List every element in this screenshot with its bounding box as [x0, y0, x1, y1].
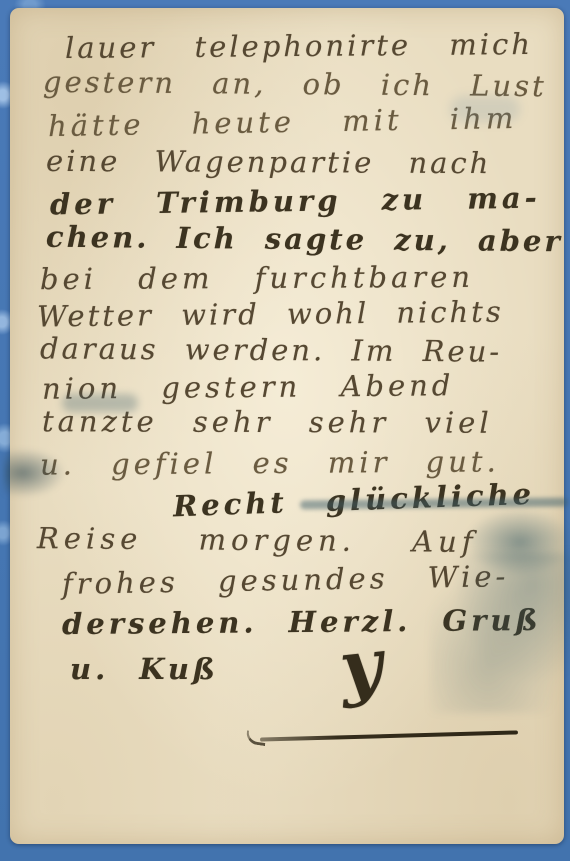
handwritten-line: Wetter wird wohl nichts: [37, 298, 504, 332]
signature-flourish-underline: [260, 730, 518, 741]
handwritten-line: hätte heute mit ihm: [48, 104, 518, 141]
handwritten-line: bei dem furchtbaren: [40, 263, 474, 294]
handwritten-line: tanzte sehr sehr viel: [42, 407, 493, 438]
postcard-paper: lauer telephonirte mich gestern an, ob i…: [10, 8, 564, 844]
signature-initial: y: [336, 628, 385, 704]
handwritten-line: Recht glückliche: [173, 480, 536, 522]
scanned-postcard-background: lauer telephonirte mich gestern an, ob i…: [0, 0, 570, 861]
handwritten-line: Reise morgen. Auf: [37, 524, 478, 557]
handwritten-line: u. Kuß: [70, 655, 219, 684]
handwritten-line: eine Wagenpartie nach: [46, 147, 492, 178]
handwritten-line: der Trimburg zu ma-: [50, 184, 541, 220]
handwritten-line: gestern an, ob ich Lust: [43, 68, 547, 101]
handwritten-line: chen. Ich sagte zu, aber: [46, 223, 563, 257]
handwritten-line: daraus werden. Im Reu-: [40, 334, 502, 366]
handwritten-line: frohes gesundes Wie-: [62, 562, 510, 599]
handwritten-line: lauer telephonirte mich: [65, 30, 533, 63]
handwritten-line: u. gefiel es mir gut.: [40, 447, 500, 479]
handwritten-line: dersehen. Herzl. Gruß: [62, 606, 542, 639]
handwritten-line: nion gestern Abend: [42, 371, 455, 404]
